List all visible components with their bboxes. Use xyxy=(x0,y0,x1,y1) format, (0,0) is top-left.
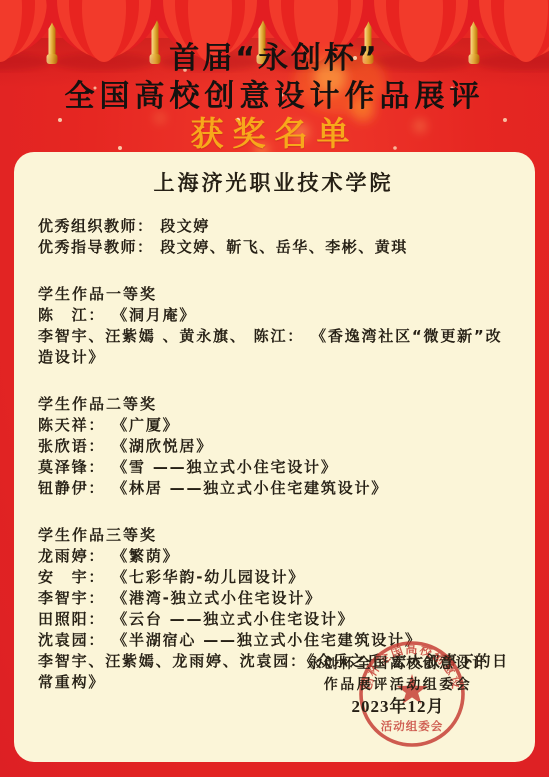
award-entry: 李智宇、汪紫嫣 、黄永旗、 陈江： 《香逸湾社区“微更新”改造设计》 xyxy=(38,326,509,368)
section-heading: 学生作品二等奖 xyxy=(38,394,509,415)
award-entry: 龙雨婷： 《繁荫》 xyxy=(38,546,509,567)
section-heading: 学生作品三等奖 xyxy=(38,525,509,546)
award-section: 学生作品一等奖 陈 江： 《洞月庵》 李智宇、汪紫嫣 、黄永旗、 陈江： 《香逸… xyxy=(38,284,509,368)
award-entry: 安 宇： 《七彩华韵-幼儿园设计》 xyxy=(38,567,509,588)
teacher-line: 优秀指导教师： 段文婷、靳飞、岳华、李彬、黄琪 xyxy=(38,237,509,258)
signature-date: 2023年12月 xyxy=(287,696,509,718)
award-entry: 张欣语： 《湖欣悦居》 xyxy=(38,436,509,457)
award-entry: 田照阳： 《云台 ——独立式小住宅设计》 xyxy=(38,609,509,630)
award-entry: 陈天祥： 《广厦》 xyxy=(38,415,509,436)
entry-list: 陈 江： 《洞月庵》 李智宇、汪紫嫣 、黄永旗、 陈江： 《香逸湾社区“微更新”… xyxy=(38,305,509,368)
award-entry: 莫泽锋： 《雪 ——独立式小住宅设计》 xyxy=(38,457,509,478)
poster-title: 首届“永创杯” 全国高校创意设计作品展评 获奖名单 xyxy=(0,40,549,153)
award-sections: 学生作品一等奖 陈 江： 《洞月庵》 李智宇、汪紫嫣 、黄永旗、 陈江： 《香逸… xyxy=(38,284,509,693)
stamp-bottom-text: 活动组委会 xyxy=(381,719,444,733)
award-entry: 李智宇： 《港湾-独立式小住宅设计》 xyxy=(38,588,509,609)
award-card: 上海济光职业技术学院 优秀组织教师： 段文婷 优秀指导教师： 段文婷、靳飞、岳华… xyxy=(14,152,535,762)
award-entry: 陈 江： 《洞月庵》 xyxy=(38,305,509,326)
section-heading: 学生作品一等奖 xyxy=(38,284,509,305)
organizer-line2: 作品展评活动组委会 xyxy=(287,675,509,696)
poster: 首届“永创杯” 全国高校创意设计作品展评 获奖名单 上海济光职业技术学院 优秀组… xyxy=(0,0,549,777)
title-line3: 获奖名单 xyxy=(0,115,549,153)
title-line2: 全国高校创意设计作品展评 xyxy=(0,78,549,115)
organizer-line1: 永创杯全国高校创意设计 xyxy=(287,654,509,675)
entry-list: 陈天祥： 《广厦》 张欣语： 《湖欣悦居》 莫泽锋： 《雪 ——独立式小住宅设计… xyxy=(38,415,509,499)
award-entry: 钮静伊： 《林居 ——独立式小住宅建筑设计》 xyxy=(38,478,509,499)
title-line1: 首届“永创杯” xyxy=(0,40,549,78)
school-name: 上海济光职业技术学院 xyxy=(38,168,509,198)
organizer-signature: 永创杯全国高校创意设计 作品展评活动组委会 2023年12月 xyxy=(287,654,509,718)
award-section: 学生作品二等奖 陈天祥： 《广厦》 张欣语： 《湖欣悦居》 莫泽锋： 《雪 ——… xyxy=(38,394,509,499)
teacher-line: 优秀组织教师： 段文婷 xyxy=(38,216,509,237)
teacher-list: 优秀组织教师： 段文婷 优秀指导教师： 段文婷、靳飞、岳华、李彬、黄琪 xyxy=(38,216,509,258)
